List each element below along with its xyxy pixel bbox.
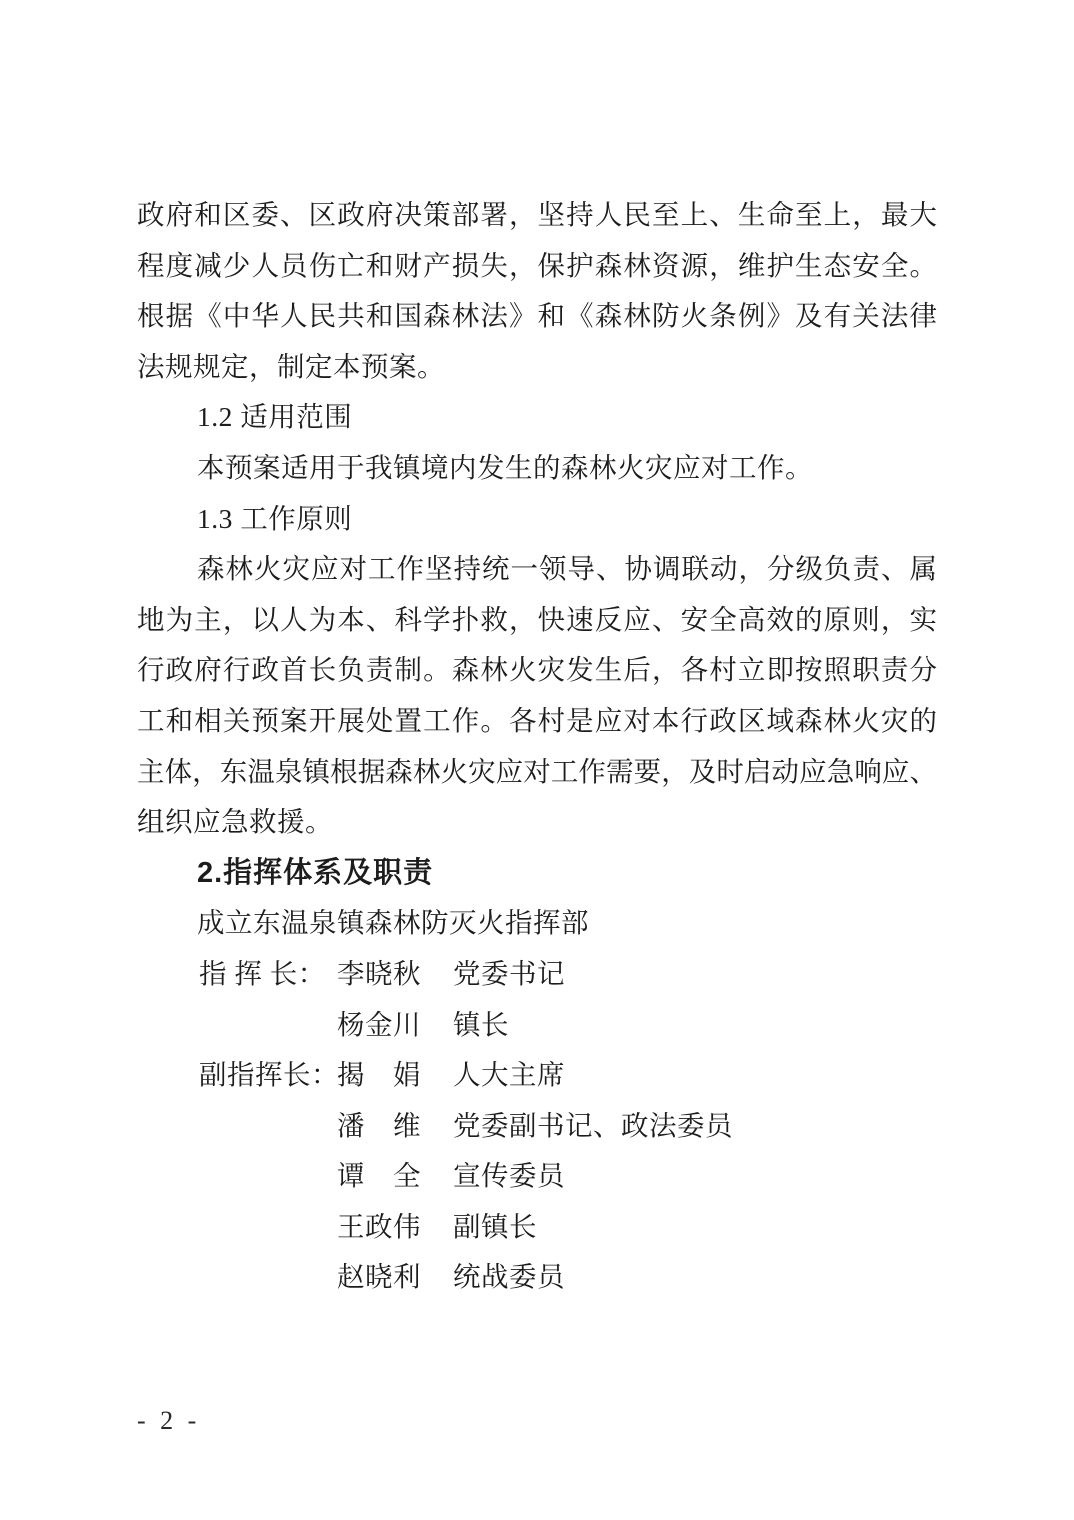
roster-row: 赵晓利统战委员 <box>137 1252 937 1303</box>
text-block: 政府和区委、区政府决策部署，坚持人民至上、生命至上，最大 程度减少人员伤亡和财产… <box>137 190 937 1303</box>
body-line: 主体，东温泉镇根据森林火灾应对工作需要，及时启动应急响应、 <box>137 747 937 798</box>
page-number: - 2 - <box>137 1406 200 1436</box>
body-line: 森林火灾应对工作坚持统一领导、协调联动，分级负责、属 <box>137 544 937 595</box>
document-page: 政府和区委、区政府决策部署，坚持人民至上、生命至上，最大 程度减少人员伤亡和财产… <box>0 0 1074 1520</box>
roster-row: 杨金川镇长 <box>137 1000 937 1051</box>
section-heading-2: 2.指挥体系及职责 <box>137 848 937 899</box>
roster-title: 人大主席 <box>453 1050 565 1101</box>
body-line: 根据《中华人民共和国森林法》和《森林防火条例》及有关法律 <box>137 291 937 342</box>
roster-name: 赵晓利 <box>337 1252 453 1303</box>
roster-title: 统战委员 <box>453 1252 565 1303</box>
body-line: 工和相关预案开展处置工作。各村是应对本行政区域森林火灾的 <box>137 696 937 747</box>
roster-title: 党委书记 <box>453 949 565 1000</box>
body-line: 本预案适用于我镇境内发生的森林火灾应对工作。 <box>137 443 937 494</box>
roster-row: 副指挥长：揭 娟人大主席 <box>137 1050 937 1101</box>
body-line: 政府和区委、区政府决策部署，坚持人民至上、生命至上，最大 <box>137 190 937 241</box>
roster-row: 王政伟副镇长 <box>137 1202 937 1253</box>
body-line: 法规规定，制定本预案。 <box>137 342 937 393</box>
roster-name: 李晓秋 <box>337 949 453 1000</box>
roster-title: 党委副书记、政法委员 <box>453 1101 733 1152</box>
section-heading-1-3: 1.3 工作原则 <box>137 494 937 545</box>
roster-row: 指 挥 长：李晓秋党委书记 <box>137 949 937 1000</box>
body-line: 成立东温泉镇森林防灭火指挥部 <box>137 898 937 949</box>
roster-name: 王政伟 <box>337 1202 453 1253</box>
roster-name: 揭 娟 <box>337 1050 453 1101</box>
body-line: 地为主，以人为本、科学扑救，快速反应、安全高效的原则，实 <box>137 595 937 646</box>
roster-title: 副镇长 <box>453 1202 537 1253</box>
roster-name: 谭 全 <box>337 1151 453 1202</box>
roster-title: 宣传委员 <box>453 1151 565 1202</box>
roster-role-label: 副指挥长： <box>199 1050 337 1101</box>
section-heading-1-2: 1.2 适用范围 <box>137 392 937 443</box>
body-line: 行政府行政首长负责制。森林火灾发生后，各村立即按照职责分 <box>137 645 937 696</box>
roster-name: 潘 维 <box>337 1101 453 1152</box>
body-line: 组织应急救援。 <box>137 797 937 848</box>
body-line: 程度减少人员伤亡和财产损失，保护森林资源，维护生态安全。 <box>137 241 937 292</box>
roster-name: 杨金川 <box>337 1000 453 1051</box>
roster-role-label: 指 挥 长： <box>199 949 337 1000</box>
roster-row: 谭 全宣传委员 <box>137 1151 937 1202</box>
roster-row: 潘 维党委副书记、政法委员 <box>137 1101 937 1152</box>
roster-title: 镇长 <box>453 1000 509 1051</box>
